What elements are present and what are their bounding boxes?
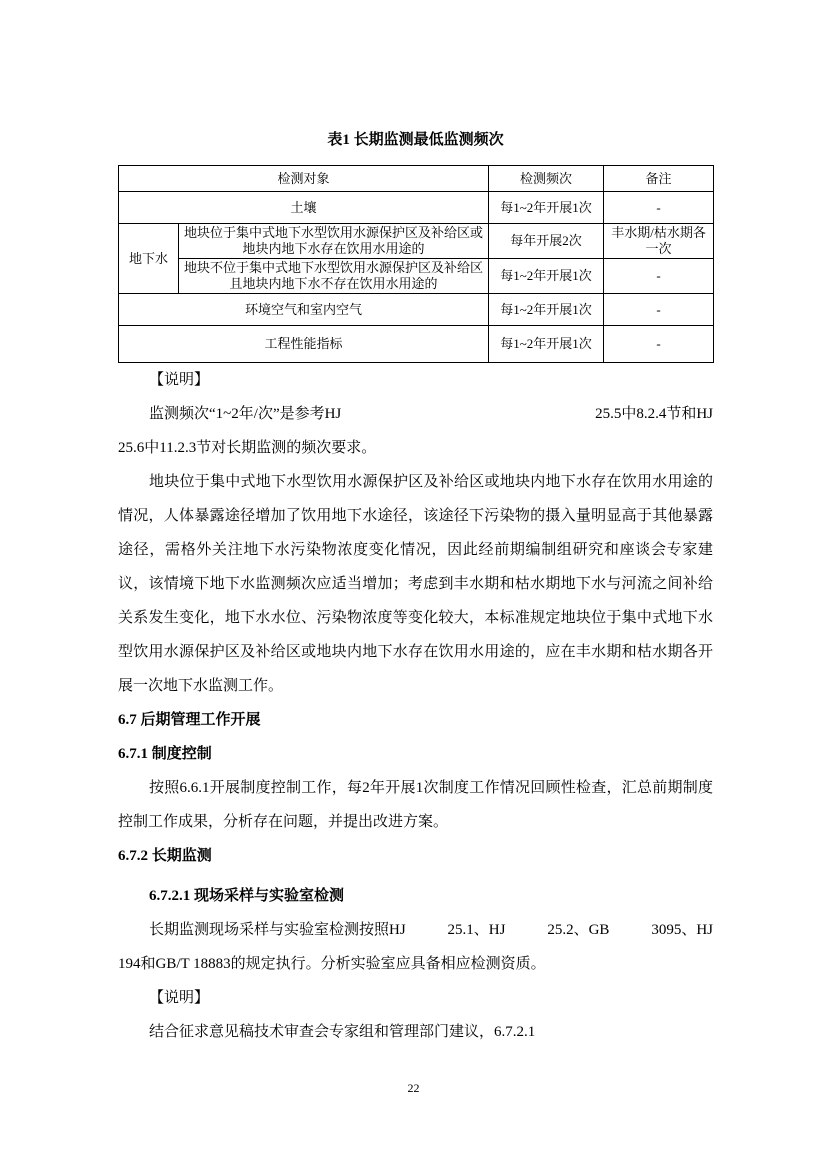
sampling-segment-3: 3095、HJ <box>651 913 713 947</box>
paragraph-system-control: 按照6.6.1开展制度控制工作，每2年开展1次制度工作情况回顾性检查，汇总前期制… <box>118 771 713 839</box>
header-frequency: 检测频次 <box>489 166 604 192</box>
sampling-segment-0: 长期监测现场采样与实验室检测按照HJ <box>149 913 406 947</box>
notes1-line1-right: 25.5中8.2.4节和HJ <box>595 397 713 431</box>
table-row-soil: 土壤 每1~2年开展1次 - <box>119 192 714 224</box>
notes2-line1: 结合征求意见稿技术审查会专家组和管理部门建议，6.7.2.1 <box>118 1015 713 1049</box>
sampling-segment-2: 25.2、GB <box>547 913 609 947</box>
heading-6-7-2: 6.7.2 长期监测 <box>118 839 713 873</box>
notes1-line2: 25.6中11.2.3节对长期监测的频次要求。 <box>118 431 713 465</box>
cell-gw2-object: 地块不位于集中式地下水型饮用水源保护区及补给区且地块内地下水不存在饮用水用途的 <box>179 259 489 294</box>
monitoring-frequency-table: 检测对象 检测频次 备注 土壤 每1~2年开展1次 - 地下水 地块位于集中式地… <box>118 165 714 363</box>
page-number: 22 <box>0 1080 827 1096</box>
cell-gw2-note: - <box>604 259 714 294</box>
paragraph-sampling-line2: 194和GB/T 18883的规定执行。分析实验室应具备相应检测资质。 <box>118 947 713 981</box>
notes1-line1-left: 监测频次“1~2年/次”是参考HJ <box>149 397 341 431</box>
heading-6-7: 6.7 后期管理工作开展 <box>118 703 713 737</box>
notes1-label: 【说明】 <box>118 363 713 397</box>
cell-soil-note: - <box>604 192 714 224</box>
paragraph-groundwater: 地块位于集中式地下水型饮用水源保护区及补给区或地块内地下水存在饮用水用途的情况，… <box>118 465 713 703</box>
table-header-row: 检测对象 检测频次 备注 <box>119 166 714 192</box>
cell-air-object: 环境空气和室内空气 <box>119 294 489 326</box>
cell-gw1-frequency: 每年开展2次 <box>489 224 604 259</box>
paragraph-sampling-line1: 长期监测现场采样与实验室检测按照HJ 25.1、HJ 25.2、GB 3095、… <box>118 913 713 947</box>
cell-air-note: - <box>604 294 714 326</box>
table-row-engineering: 工程性能指标 每1~2年开展1次 - <box>119 326 714 363</box>
heading-6-7-1: 6.7.1 制度控制 <box>118 737 713 771</box>
sampling-segment-1: 25.1、HJ <box>448 913 506 947</box>
table-row-groundwater-1: 地下水 地块位于集中式地下水型饮用水源保护区及补给区或地块内地下水存在饮用水用途… <box>119 224 714 259</box>
notes2-label: 【说明】 <box>118 981 713 1015</box>
cell-air-frequency: 每1~2年开展1次 <box>489 294 604 326</box>
body-text-block: 【说明】 监测频次“1~2年/次”是参考HJ 25.5中8.2.4节和HJ 25… <box>118 363 713 1049</box>
page-content: 表1 长期监测最低监测频次 检测对象 检测频次 备注 土壤 每1~2年开展1次 … <box>118 0 713 1049</box>
cell-engineering-note: - <box>604 326 714 363</box>
cell-gw1-object: 地块位于集中式地下水型饮用水源保护区及补给区或地块内地下水存在饮用水用途的 <box>179 224 489 259</box>
notes1-line1: 监测频次“1~2年/次”是参考HJ 25.5中8.2.4节和HJ <box>118 397 713 431</box>
table-title: 表1 长期监测最低监测频次 <box>118 130 713 150</box>
cell-gw2-frequency: 每1~2年开展1次 <box>489 259 604 294</box>
cell-engineering-object: 工程性能指标 <box>119 326 489 363</box>
header-object: 检测对象 <box>119 166 489 192</box>
cell-groundwater-group: 地下水 <box>119 224 179 294</box>
header-note: 备注 <box>604 166 714 192</box>
table-row-air: 环境空气和室内空气 每1~2年开展1次 - <box>119 294 714 326</box>
heading-6-7-2-1: 6.7.2.1 现场采样与实验室检测 <box>118 879 713 913</box>
table-row-groundwater-2: 地块不位于集中式地下水型饮用水源保护区及补给区且地块内地下水不存在饮用水用途的 … <box>119 259 714 294</box>
cell-gw1-note: 丰水期/枯水期各一次 <box>604 224 714 259</box>
cell-engineering-frequency: 每1~2年开展1次 <box>489 326 604 363</box>
cell-soil-frequency: 每1~2年开展1次 <box>489 192 604 224</box>
document-page: 表1 长期监测最低监测频次 检测对象 检测频次 备注 土壤 每1~2年开展1次 … <box>0 0 827 1169</box>
cell-soil-object: 土壤 <box>119 192 489 224</box>
